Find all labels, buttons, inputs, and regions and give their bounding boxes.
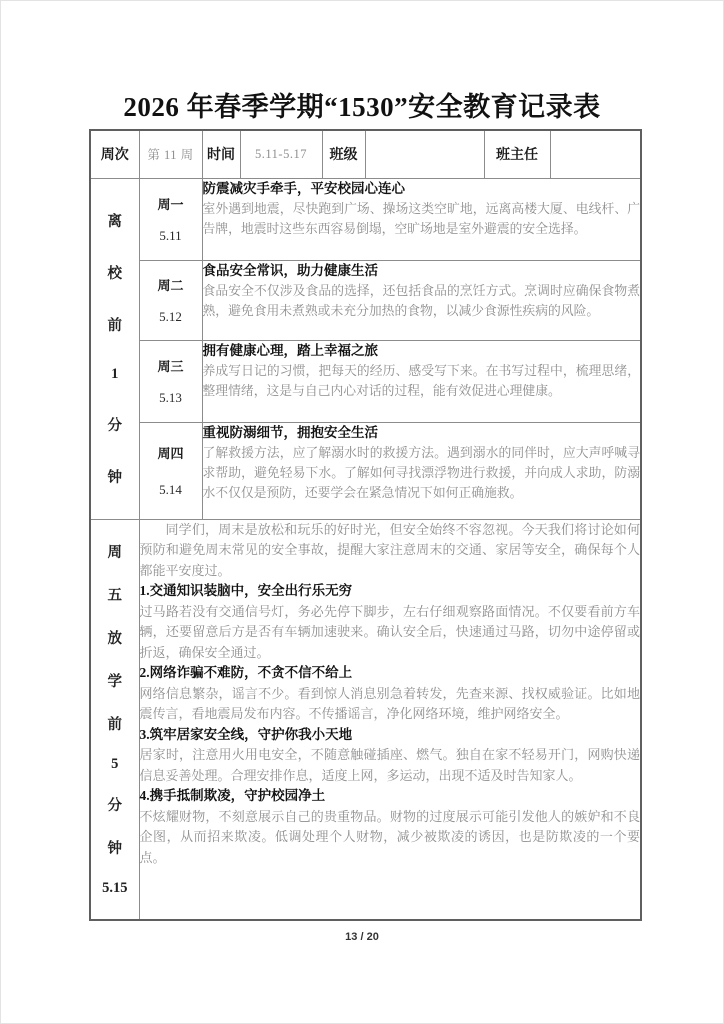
day-cell-monday: 周一 5.11 xyxy=(139,178,202,260)
teacher-value xyxy=(550,130,641,178)
daily-side-header: 离 校 前 1 分 钟 xyxy=(90,178,139,519)
page-number: 13 / 20 xyxy=(1,931,723,943)
day-date: 5.12 xyxy=(159,309,182,325)
table-row: 周二 5.12 食品安全常识，助力健康生活 食品安全不仅涉及食品的选择，还包括食… xyxy=(90,260,641,340)
week-number-label: 周次 xyxy=(90,130,139,178)
table-row: 周三 5.13 拥有健康心理，踏上幸福之旅 养成写日记的习惯，把每天的经历、感受… xyxy=(90,340,641,422)
week-number-value: 第 11 周 xyxy=(139,130,202,178)
table-row: 离 校 前 1 分 钟 周一 5.11 防震减灾手牵手，平安校园心连心 室外遇到… xyxy=(90,178,641,260)
side-char: 分 xyxy=(108,794,123,815)
time-label: 时间 xyxy=(202,130,240,178)
day-cell-thursday: 周四 5.14 xyxy=(139,422,202,519)
item-body: 网络信息繁杂，谣言不少。看到惊人消息别急着转发，先查来源、找权威验证。比如地震传… xyxy=(140,684,641,725)
day-cell-tuesday: 周二 5.12 xyxy=(139,260,202,340)
content-cell-wednesday: 拥有健康心理，踏上幸福之旅 养成写日记的习惯，把每天的经历、感受写下来。在书写过… xyxy=(202,340,641,422)
item-body: 居家时，注意用火用电安全，不随意触碰插座、燃气。独自在家不轻易开门，网购快递信息… xyxy=(140,745,641,786)
entry-body: 食品安全不仅涉及食品的选择，还包括食品的烹饪方式。烹调时应确保食物煮熟，避免食用… xyxy=(203,281,641,321)
time-value: 5.11-5.17 xyxy=(240,130,322,178)
day-name: 周四 xyxy=(157,443,183,462)
side-char: 学 xyxy=(108,670,123,691)
entry-title: 食品安全常识，助力健康生活 xyxy=(203,261,641,281)
teacher-label: 班主任 xyxy=(484,130,550,178)
class-label: 班级 xyxy=(322,130,365,178)
content-cell-monday: 防震减灾手牵手，平安校园心连心 室外遇到地震，尽快跑到广场、操场这类空旷地，远离… xyxy=(202,178,641,260)
table-header-row: 周次 第 11 周 时间 5.11-5.17 班级 班主任 xyxy=(90,130,641,178)
item-heading: 3.筑牢居家安全线，守护你我小天地 xyxy=(140,725,641,746)
day-date: 5.14 xyxy=(159,482,182,498)
side-char: 1 xyxy=(111,366,118,383)
item-heading: 1.交通知识装脑中，安全出行乐无穷 xyxy=(140,581,641,602)
side-char: 前 xyxy=(108,314,123,335)
item-heading: 4.携手抵制欺凌，守护校园净土 xyxy=(140,786,641,807)
class-value xyxy=(365,130,484,178)
side-char: 前 xyxy=(108,713,123,734)
item-body: 不炫耀财物，不刻意展示自己的贵重物品。财物的过度展示可能引发他人的嫉妒和不良企图… xyxy=(140,807,641,869)
side-char: 周 xyxy=(108,541,123,562)
day-name: 周二 xyxy=(157,275,183,294)
document-page: 2026 年春季学期“1530”安全教育记录表 周次 第 11 周 时间 5.1… xyxy=(0,0,724,1024)
entry-body: 了解救援方法，应了解溺水时的救援方法。遇到溺水的同伴时，应大声呼喊寻求帮助，避免… xyxy=(203,443,641,503)
side-char: 分 xyxy=(108,414,123,435)
friday-side-header: 周 五 放 学 前 5 分 钟 5.15 xyxy=(90,519,139,920)
side-char: 五 xyxy=(108,584,123,605)
side-char: 5 xyxy=(111,756,118,773)
entry-title: 拥有健康心理，踏上幸福之旅 xyxy=(203,341,641,361)
entry-body: 养成写日记的习惯，把每天的经历、感受写下来。在书写过程中，梳理思绪，整理情绪，这… xyxy=(203,361,641,401)
friday-content-cell: 同学们，周末是放松和玩乐的好时光，但安全始终不容忽视。今天我们将讨论如何预防和避… xyxy=(139,519,641,920)
content-cell-tuesday: 食品安全常识，助力健康生活 食品安全不仅涉及食品的选择，还包括食品的烹饪方式。烹… xyxy=(202,260,641,340)
day-name: 周三 xyxy=(157,356,183,375)
page-title: 2026 年春季学期“1530”安全教育记录表 xyxy=(1,85,723,124)
day-date: 5.11 xyxy=(159,228,181,244)
daily-side-label: 离 校 前 1 分 钟 xyxy=(91,179,139,519)
day-name: 周一 xyxy=(157,194,183,213)
side-char: 放 xyxy=(108,627,123,648)
side-char: 钟 xyxy=(108,837,123,858)
table-row: 周 五 放 学 前 5 分 钟 5.15 同学们，周末是放松和玩乐的好时光，但安… xyxy=(90,519,641,920)
day-cell-wednesday: 周三 5.13 xyxy=(139,340,202,422)
friday-intro: 同学们，周末是放松和玩乐的好时光，但安全始终不容忽视。今天我们将讨论如何预防和避… xyxy=(140,520,641,582)
side-char: 离 xyxy=(108,210,123,231)
safety-record-table: 周次 第 11 周 时间 5.11-5.17 班级 班主任 离 校 前 1 分 … xyxy=(89,129,642,921)
entry-body: 室外遇到地震，尽快跑到广场、操场这类空旷地，远离高楼大厦、电线杆、广告牌，地震时… xyxy=(203,199,641,239)
item-heading: 2.网络诈骗不难防，不贪不信不给上 xyxy=(140,663,641,684)
day-date: 5.13 xyxy=(159,390,182,406)
item-body: 过马路若没有交通信号灯，务必先停下脚步，左右仔细观察路面情况。不仅要看前方车辆，… xyxy=(140,602,641,664)
entry-title: 重视防溺细节，拥抱安全生活 xyxy=(203,423,641,443)
friday-date: 5.15 xyxy=(102,880,127,897)
side-char: 钟 xyxy=(108,466,123,487)
table-row: 周四 5.14 重视防溺细节，拥抱安全生活 了解救援方法，应了解溺水时的救援方法… xyxy=(90,422,641,519)
friday-side-label: 周 五 放 学 前 5 分 钟 5.15 xyxy=(91,520,139,920)
side-char: 校 xyxy=(108,262,123,283)
entry-title: 防震减灾手牵手，平安校园心连心 xyxy=(203,179,641,199)
content-cell-thursday: 重视防溺细节，拥抱安全生活 了解救援方法，应了解溺水时的救援方法。遇到溺水的同伴… xyxy=(202,422,641,519)
